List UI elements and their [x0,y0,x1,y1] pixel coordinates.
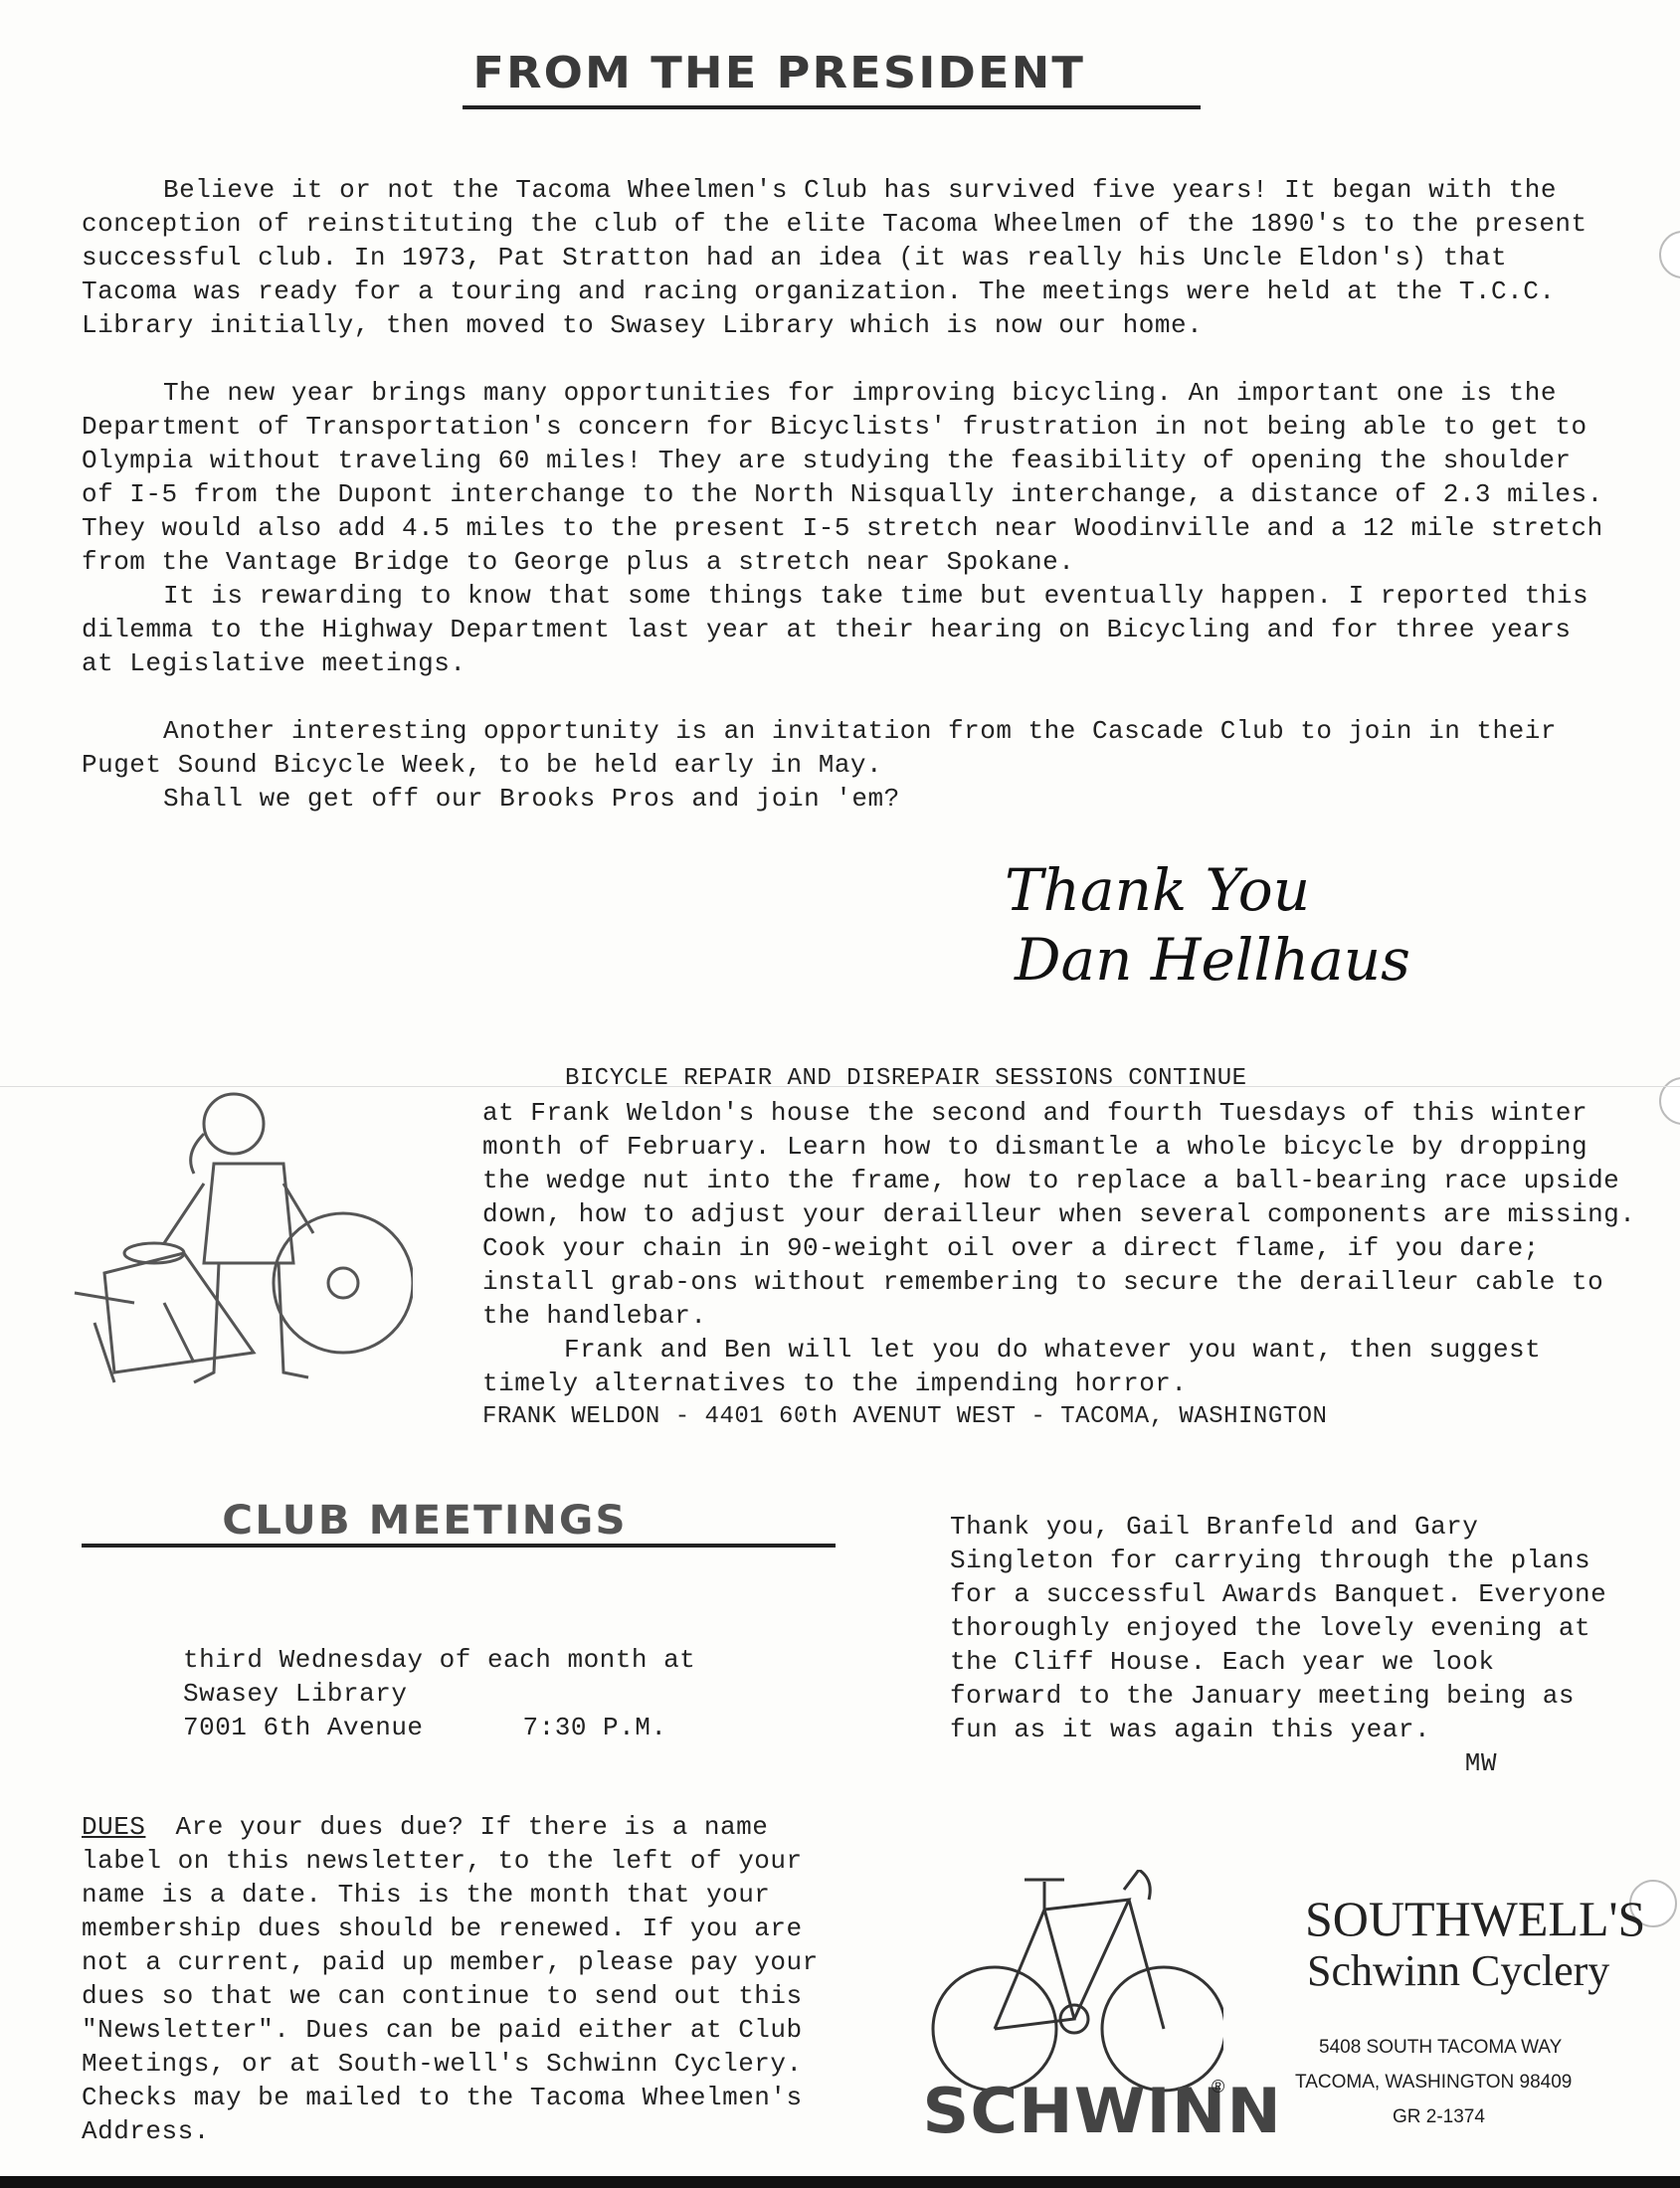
bicycle-icon [925,1870,1223,2098]
meeting-location: Swasey Library [183,1677,740,1711]
heading-rule [82,1544,836,1548]
meeting-schedule: third Wednesday of each month at [183,1643,740,1677]
paragraph: It is rewarding to know that some things… [82,579,1613,680]
paragraph: Frank and Ben will let you do whatever y… [482,1333,1636,1400]
shop-address-street: 5408 SOUTH TACOMA WAY [1319,2037,1562,2059]
repair-title: BICYCLE REPAIR AND DISREPAIR SESSIONS CO… [565,1062,1247,1096]
thanks-initials: MW [950,1746,1616,1780]
man-with-bicycle-icon [55,1074,413,1412]
punch-hole [1659,1077,1680,1125]
president-letter: Believe it or not the Tacoma Wheelmen's … [82,173,1613,816]
paragraph: The new year brings many opportunities f… [82,376,1613,579]
meeting-time: 7:30 P.M. [523,1711,667,1744]
punch-hole [1659,231,1680,278]
heading-rule [463,105,1201,109]
registered-mark: ® [1212,2077,1224,2097]
signature-name: Dan Hellhaus [1015,925,1410,995]
meeting-info: third Wednesday of each month at Swasey … [183,1643,740,1744]
shop-phone: GR 2-1374 [1393,2106,1485,2128]
thanks-note: Thank you, Gail Branfeld and Gary Single… [950,1510,1616,1780]
dues-section: DUES Are your dues due? If there is a na… [82,1810,838,2148]
shop-address-city: TACOMA, WASHINGTON 98409 [1295,2072,1572,2094]
meeting-address: 7001 6th Avenue [183,1711,424,1744]
signature: Thank You Dan Hellhaus [1005,855,1410,995]
shop-name: SOUTHWELL'S [1305,1890,1645,1947]
thanks-text: Thank you, Gail Branfeld and Gary Single… [950,1510,1616,1746]
dues-text: Are your dues due? If there is a name la… [82,1812,819,2146]
paragraph: Shall we get off our Brooks Pros and joi… [82,782,1613,816]
schwinn-logo: SCHWINN [922,2075,1281,2147]
president-heading: FROM THE PRESIDENT [472,48,1085,98]
paragraph: Believe it or not the Tacoma Wheelmen's … [82,173,1613,342]
schwinn-ad: SCHWINN ® SOUTHWELL'S Schwinn Cyclery 54… [925,1870,1661,2168]
cartoon-illustration [55,1074,413,1412]
page-bottom-edge [0,2176,1680,2188]
repair-address: FRANK WELDON - 4401 60th AVENUT WEST - T… [482,1400,1636,1434]
dues-label: DUES [82,1812,145,1842]
paragraph: Another interesting opportunity is an in… [82,714,1613,782]
paragraph: at Frank Weldon's house the second and f… [482,1096,1636,1333]
meetings-heading: CLUB MEETINGS [222,1498,627,1544]
repair-section: at Frank Weldon's house the second and f… [482,1096,1636,1434]
signature-line: Thank You [1005,855,1410,925]
shop-subtitle: Schwinn Cyclery [1307,1945,1609,1996]
